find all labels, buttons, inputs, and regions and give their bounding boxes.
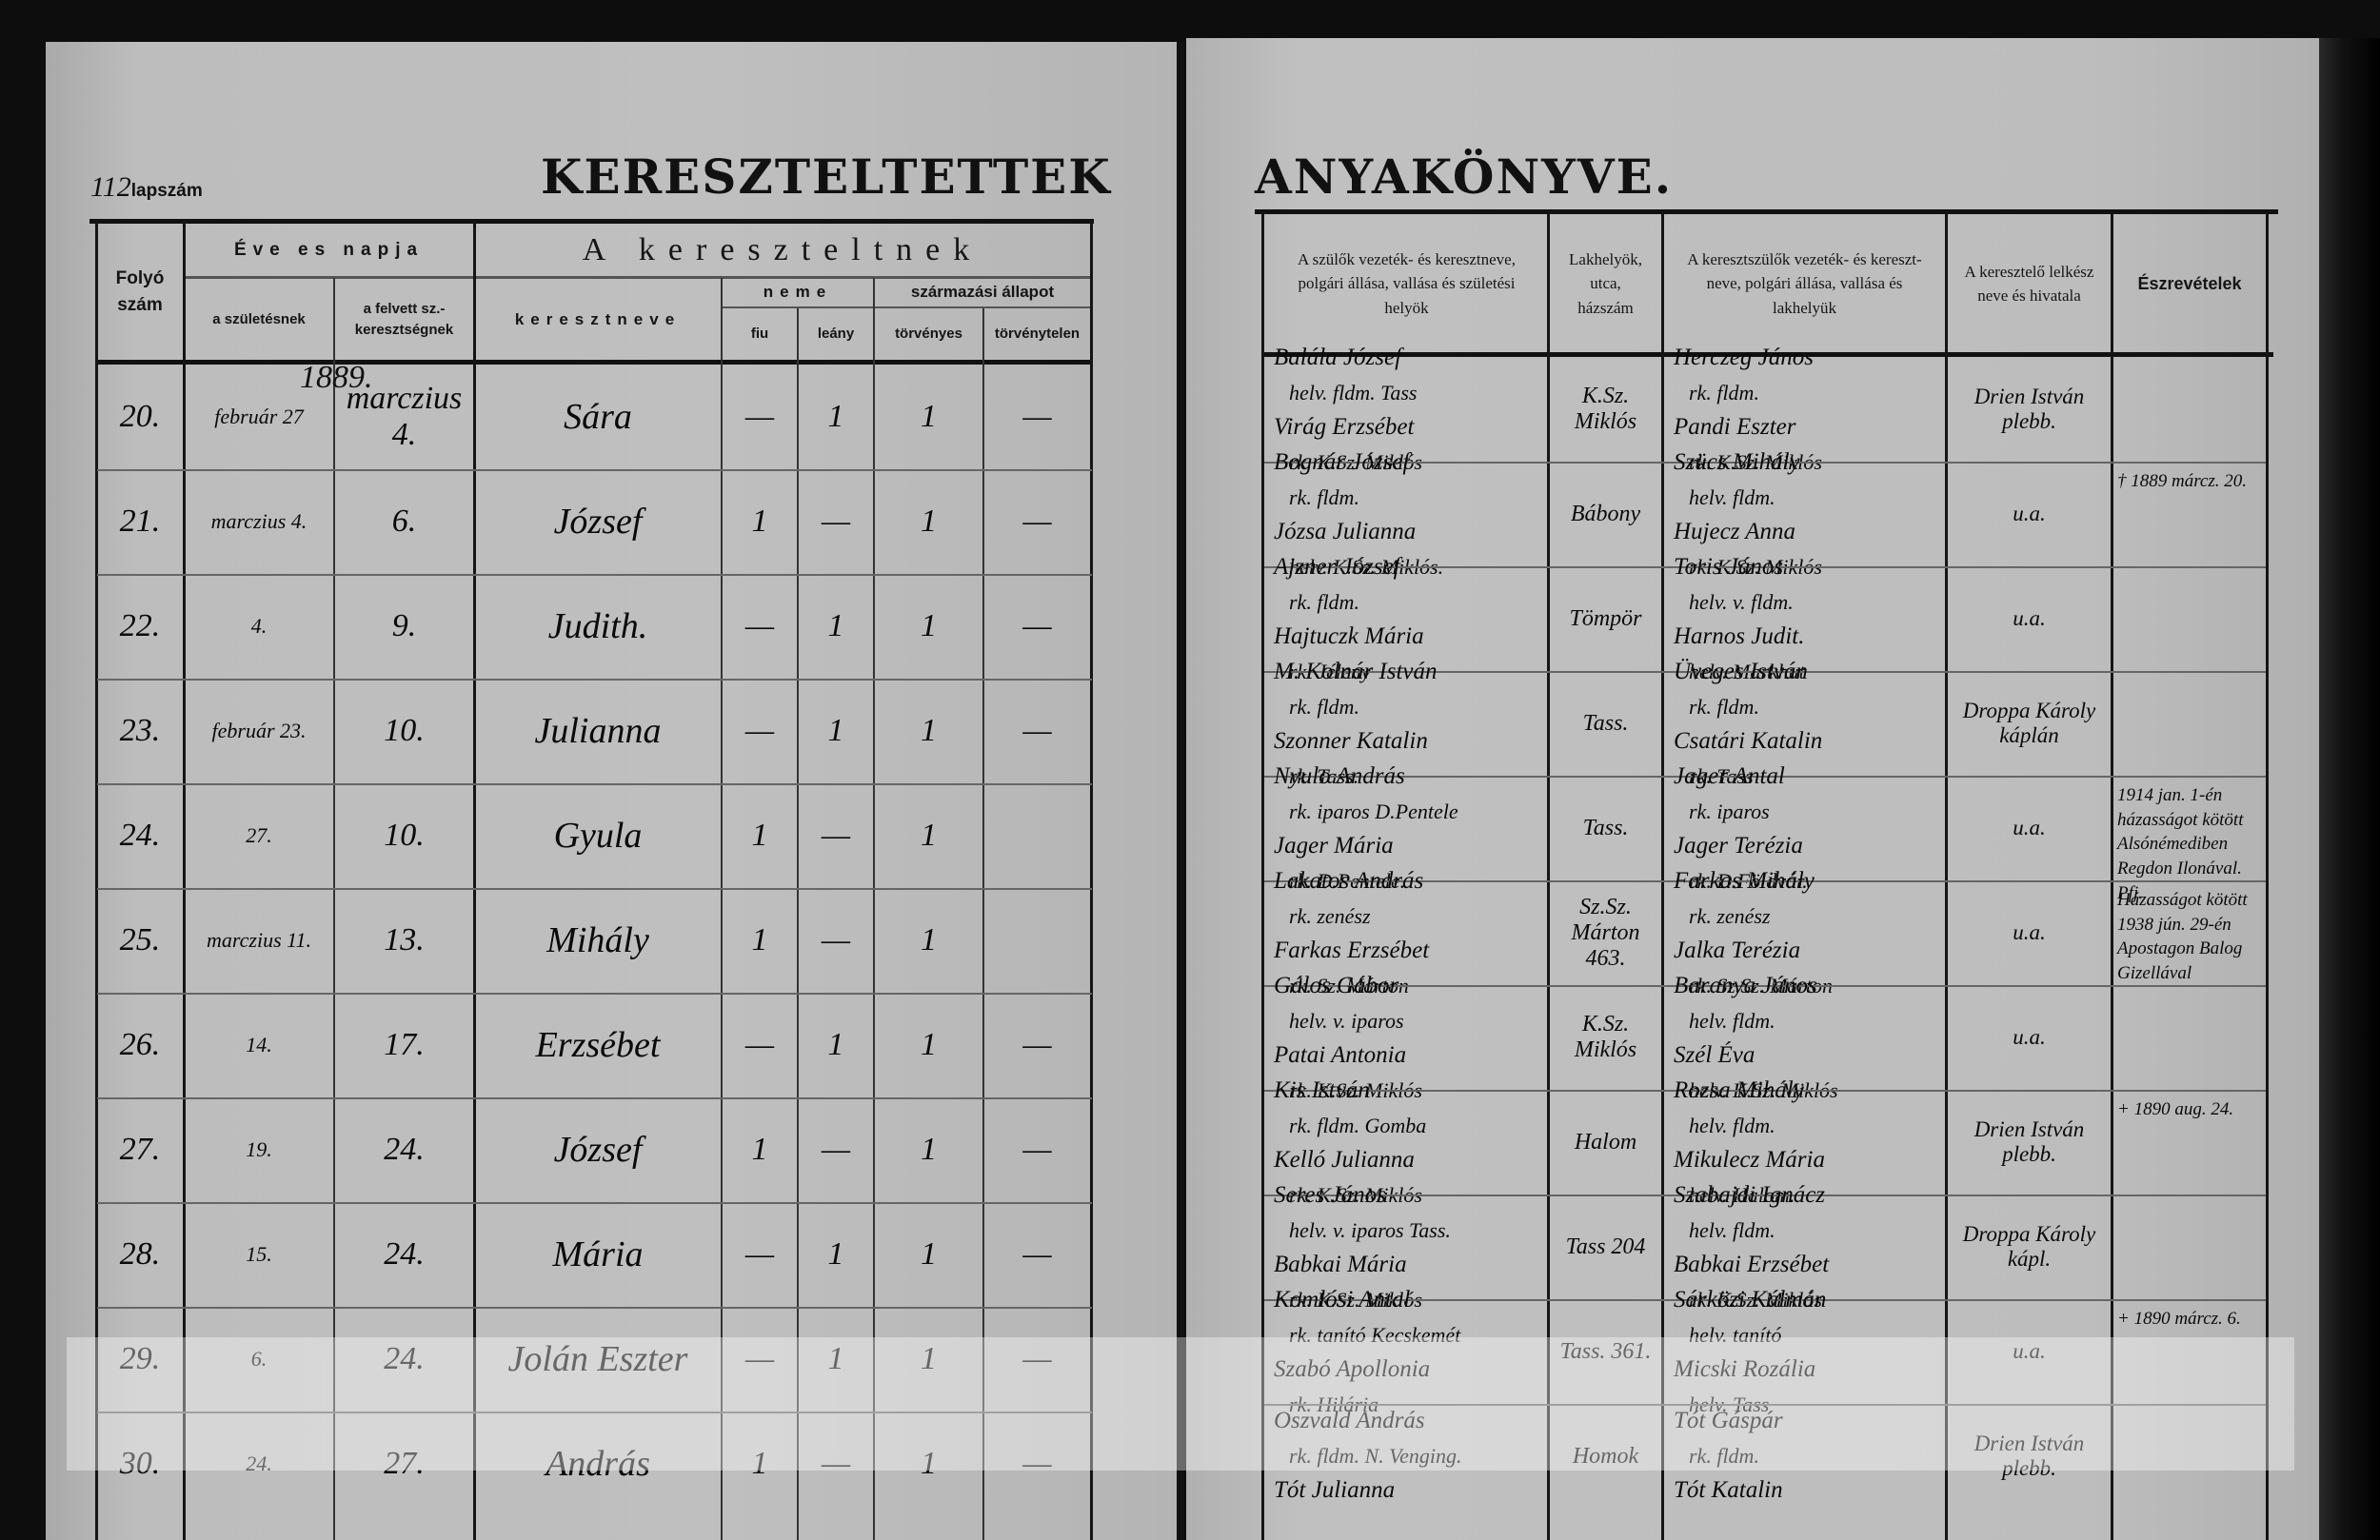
sex-boy: 1	[724, 1101, 796, 1198]
sex-boy: 1	[724, 787, 796, 884]
sex-boy: 1	[724, 1415, 796, 1512]
priest-cell: Droppa Károly kápl.	[1948, 1194, 2111, 1299]
godparents-cell-line: helv. tanító	[1674, 1319, 1781, 1352]
residence-cell: Sz.Sz. Márton 463.	[1550, 880, 1661, 985]
page-number-label: 112lapszám	[90, 171, 203, 204]
godparents-cell: Sárközi Kálmánhelv. tanítóMicski Rozália…	[1664, 1301, 1952, 1402]
birth-date: marczius 11.	[186, 892, 332, 989]
given-name: Mária	[476, 1206, 720, 1303]
book-gutter	[1177, 42, 1184, 1540]
residence-cell: Halom	[1550, 1090, 1661, 1194]
illegitimate: —	[985, 997, 1089, 1094]
header-fiu: fiu	[723, 308, 797, 360]
sex-girl: —	[800, 892, 872, 989]
parents-cell-line: Nyulo András	[1274, 759, 1405, 796]
sex-girl: 1	[800, 1206, 872, 1303]
row-number: 28.	[98, 1206, 182, 1303]
godparents-cell-line: Rozsa Mihály	[1674, 1073, 1804, 1110]
sex-girl: —	[800, 473, 872, 570]
row-number: 29.	[98, 1311, 182, 1408]
parents-cell-line: Oszvald András	[1274, 1403, 1425, 1440]
sex-girl: 1	[800, 997, 872, 1094]
parents-cell-line: Lakatos András	[1274, 863, 1423, 900]
row-number: 30.	[98, 1415, 182, 1512]
residence-cell: Bábony	[1550, 462, 1661, 566]
header-keresztszulok: A keresztszülők vezeték- és kereszt-neve…	[1664, 215, 1945, 352]
birth-date: 14.	[186, 997, 332, 1094]
header-keresztneve: keresztneve	[475, 280, 721, 360]
sex-girl: 1	[800, 578, 872, 675]
row-divider	[97, 679, 1092, 681]
godparents-cell-line: Üveges István	[1674, 654, 1808, 691]
page-number: 112	[90, 171, 131, 203]
row-divider	[97, 1307, 1092, 1309]
godparents-cell-line: helv. fldm.	[1674, 482, 1775, 514]
illegitimate	[985, 892, 1089, 989]
godparents-cell-line: rk. iparos	[1674, 796, 1770, 828]
sex-girl: —	[800, 787, 872, 884]
godparents-cell-line: Jager Antal	[1674, 759, 1785, 796]
row-divider	[97, 1097, 1092, 1099]
parents-cell-line: Tót Julianna	[1274, 1472, 1395, 1510]
sex-girl: 1	[800, 1311, 872, 1408]
remark-cell	[2113, 985, 2275, 1090]
baptism-date: 24.	[336, 1101, 472, 1198]
parents-cell-line: helv. fldm. Tass	[1274, 377, 1417, 409]
godparents-cell-line: rk. fldm.	[1674, 1440, 1759, 1472]
row-number: 20.	[98, 368, 182, 465]
legitimate: 1	[876, 368, 982, 465]
baptism-date: 6.	[336, 473, 472, 570]
residence-cell: Tass.	[1550, 671, 1661, 776]
row-number: 22.	[98, 578, 182, 675]
priest-cell: Drien István plebb.	[1948, 357, 2111, 462]
godparents-cell-line: Szücs Mihály	[1674, 444, 1800, 482]
given-name: Julianna	[476, 682, 720, 780]
given-name: Judith.	[476, 578, 720, 675]
sex-boy: —	[724, 368, 796, 465]
remark-cell	[2113, 566, 2275, 671]
illegitimate: —	[985, 1101, 1089, 1198]
residence-cell: Tass. 361.	[1550, 1299, 1661, 1404]
priest-cell: Droppa Károly káplán	[1948, 671, 2111, 776]
legitimate: 1	[876, 787, 982, 884]
priest-cell: u.a.	[1948, 776, 2111, 880]
given-name: Mihály	[476, 892, 720, 989]
birth-date: marczius 4.	[186, 473, 332, 570]
row-divider	[97, 888, 1092, 890]
remark-cell	[2113, 1404, 2275, 1509]
legitimate: 1	[876, 578, 982, 675]
header-neme: neme	[723, 278, 873, 306]
remark-cell: Házasságot kötött 1938 jún. 29-én Aposta…	[2113, 880, 2275, 985]
sex-boy: —	[724, 578, 796, 675]
sex-boy: 1	[724, 892, 796, 989]
parents-cell-line: Jager Mária	[1274, 828, 1394, 865]
godparents-cell-line: rk. fldm.	[1674, 691, 1759, 723]
parents-cell-line: rk. iparos D.Pentele	[1274, 796, 1458, 828]
remark-cell	[2113, 357, 2275, 462]
parents-cell-line: Komlósi Antal	[1274, 1282, 1410, 1319]
row-divider	[97, 469, 1092, 471]
legitimate: 1	[876, 473, 982, 570]
legitimate: 1	[876, 997, 982, 1094]
residence-cell: K.Sz. Miklós	[1550, 985, 1661, 1090]
parents-cell-line: rk. fldm.	[1274, 482, 1359, 514]
illegitimate: —	[985, 578, 1089, 675]
priest-cell: Drien István plebb.	[1948, 1090, 2111, 1194]
legitimate: 1	[876, 1415, 982, 1512]
godparents-cell-line: Toris János	[1674, 549, 1783, 586]
illegitimate: —	[985, 1206, 1089, 1303]
given-name: Jolán Eszter	[476, 1311, 720, 1408]
parents-cell-line: Balála József	[1274, 340, 1401, 377]
right-title: ANYAKÖNYVE.	[1255, 148, 1673, 205]
baptism-date: 27.	[336, 1415, 472, 1512]
given-name: Erzsébet	[476, 997, 720, 1094]
baptism-date: 24.	[336, 1206, 472, 1303]
godparents-cell-line: Hujecz Anna	[1674, 514, 1795, 551]
legitimate: 1	[876, 1311, 982, 1408]
col-line	[721, 278, 723, 1540]
baptism-date: 24.	[336, 1311, 472, 1408]
baptism-date: 10.	[336, 787, 472, 884]
parents-cell-line: Józsa Julianna	[1274, 514, 1416, 551]
godparents-cell-line: Babkai Erzsébet	[1674, 1247, 1829, 1284]
godparents-cell-line: Jalka Terézia	[1674, 933, 1800, 970]
priest-cell: Drien István plebb.	[1948, 1404, 2111, 1509]
sex-girl: —	[800, 1415, 872, 1512]
given-name: Sára	[476, 368, 720, 465]
remark-cell: 1914 jan. 1-én házasságot kötött Alsóném…	[2113, 776, 2275, 880]
parents-cell-line: helv. v. iparos	[1274, 1005, 1404, 1037]
priest-cell: u.a.	[1948, 985, 2111, 1090]
year-annotation: 1889.	[300, 360, 373, 396]
godparents-cell-line: helv. fldm.	[1674, 1214, 1775, 1247]
legitimate: 1	[876, 682, 982, 780]
header-eszrevetelek: Észrevételek	[2113, 215, 2266, 352]
illegitimate: —	[985, 473, 1089, 570]
row-number: 24.	[98, 787, 182, 884]
godparents-cell-line: rk. zenész	[1674, 900, 1771, 933]
parents-cell-line: rk. fldm.	[1274, 691, 1359, 723]
parents-cell-line: rk. tanító Kecskemét	[1274, 1319, 1460, 1352]
sex-boy: —	[724, 1206, 796, 1303]
left-header-bottom-rule	[95, 360, 1093, 365]
godparents-cell-line: rk. fldm.	[1674, 377, 1759, 409]
header-szulok: A szülők vezeték- és keresztneve, polgár…	[1266, 215, 1547, 352]
row-divider	[97, 1412, 1092, 1413]
baptism-date: 17.	[336, 997, 472, 1094]
parents-cell-line: rk. fldm. N. Venging.	[1274, 1440, 1462, 1472]
page-label: lapszám	[131, 181, 203, 201]
row-number: 23.	[98, 682, 182, 780]
header-lakhely: Lakhelyök, utca, házszám	[1550, 215, 1661, 352]
col-line	[873, 278, 875, 1540]
given-name: András	[476, 1415, 720, 1512]
header-szarmazasi: származási állapot	[875, 278, 1090, 306]
row-number: 21.	[98, 473, 182, 570]
godparents-cell-line: helv. fldm.	[1674, 1005, 1775, 1037]
illegitimate: —	[985, 368, 1089, 465]
illegitimate: —	[985, 682, 1089, 780]
header-a-kereszteltnek: A kereszteltnek	[475, 223, 1090, 276]
sex-girl: —	[800, 1101, 872, 1198]
residence-cell: Homok	[1550, 1404, 1661, 1509]
remark-cell: + 1890 aug. 24.	[2113, 1090, 2275, 1194]
parents-cell-line: Hajtuczk Mária	[1274, 619, 1424, 656]
godparents-cell-line: Pandi Eszter	[1674, 409, 1795, 446]
residence-cell: Tömpör	[1550, 566, 1661, 671]
sex-boy: —	[724, 682, 796, 780]
header-szuletesnek: a születésnek	[185, 280, 333, 360]
illegitimate: —	[985, 1415, 1089, 1512]
residence-cell: Tass 204	[1550, 1194, 1661, 1299]
parents-cell-line: Kelló Julianna	[1274, 1142, 1415, 1179]
parents-cell-line: rk. zenész	[1274, 900, 1371, 933]
priest-cell: u.a.	[1948, 880, 2111, 985]
header-leany: leány	[799, 308, 873, 360]
birth-date: 24.	[186, 1415, 332, 1512]
illegitimate: —	[985, 1311, 1089, 1408]
row-divider	[97, 993, 1092, 995]
col-line	[1090, 221, 1093, 1540]
parents-cell-line: Ajzner József	[1274, 549, 1400, 586]
col-line	[982, 308, 984, 1540]
parents-cell-line: rk. fldm.	[1274, 586, 1359, 619]
parents-cell-line: Szabó Apollonia	[1274, 1352, 1430, 1389]
parents-cell-line: Bognár József	[1274, 444, 1409, 482]
godparents-cell-line: Tót Katalin	[1674, 1472, 1783, 1510]
given-name: Gyula	[476, 787, 720, 884]
sex-girl: 1	[800, 368, 872, 465]
godparents-cell-line: Sárközi Kálmán	[1674, 1282, 1826, 1319]
godparents-cell-line: Szabajdi Ignácz	[1674, 1177, 1825, 1214]
header-lelkesz: A keresztelő lelkész neve és hivatala	[1948, 215, 2111, 352]
left-title: KERESZTELTETTEK	[541, 148, 1112, 205]
parents-cell-line: Virág Erzsébet	[1274, 409, 1414, 446]
baptism-date: 9.	[336, 578, 472, 675]
parents-cell-line: Babkai Mária	[1274, 1247, 1407, 1284]
godparents-cell: Tót Gáspárrk. fldm.Tót Katalin	[1664, 1406, 1952, 1507]
birth-date: 27.	[186, 787, 332, 884]
birth-date: 19.	[186, 1101, 332, 1198]
header-folyo-szam: Folyó szám	[97, 225, 183, 360]
godparents-cell-line: Farkas Mihály	[1674, 863, 1815, 900]
row-number: 25.	[98, 892, 182, 989]
parents-cell-line: Patai Antonia	[1274, 1037, 1406, 1075]
remark-cell	[2113, 1194, 2275, 1299]
godparents-cell-line: Mikulecz Mária	[1674, 1142, 1825, 1179]
godparents-cell-line: Tót Gáspár	[1674, 1403, 1783, 1440]
birth-date: 15.	[186, 1206, 332, 1303]
baptism-date: 10.	[336, 682, 472, 780]
godparents-cell-line: Szél Éva	[1674, 1037, 1755, 1075]
priest-cell: u.a.	[1948, 1299, 2111, 1404]
parents-cell-line: Szonner Katalin	[1274, 723, 1428, 760]
header-torvenytelen: törvénytelen	[984, 308, 1090, 360]
godparents-cell-line: Harnos Judit.	[1674, 619, 1805, 656]
right-table-top-rule	[1255, 209, 2278, 214]
row-divider	[97, 783, 1092, 785]
given-name: József	[476, 1101, 720, 1198]
parents-cell: Komlósi Antalrk. tanító KecskemétSzabó A…	[1264, 1301, 1554, 1402]
sex-girl: 1	[800, 682, 872, 780]
remark-cell	[2113, 671, 2275, 776]
birth-date: 6.	[186, 1311, 332, 1408]
parents-cell-line: helv. v. iparos Tass.	[1274, 1214, 1451, 1247]
book-edge	[2319, 38, 2380, 1540]
birth-date: február 23.	[186, 682, 332, 780]
row-divider	[97, 574, 1092, 576]
parents-cell-line: rk. fldm. Gomba	[1274, 1110, 1426, 1142]
residence-cell: Tass.	[1550, 776, 1661, 880]
baptism-date: 13.	[336, 892, 472, 989]
priest-cell: u.a.	[1948, 462, 2111, 566]
parents-cell-line: Seres János	[1274, 1177, 1386, 1214]
residence-cell: K.Sz. Miklós	[1550, 357, 1661, 462]
parents-cell-line: M. Kolnár István	[1274, 654, 1438, 691]
header-eve-es-napja: Éve es napja	[185, 225, 473, 276]
legitimate: 1	[876, 1101, 982, 1198]
sex-boy: —	[724, 1311, 796, 1408]
row-divider	[97, 1202, 1092, 1204]
row-number: 26.	[98, 997, 182, 1094]
godparents-cell-line: Herczeg János	[1674, 340, 1814, 377]
parents-cell-line: Kis István	[1274, 1073, 1370, 1110]
godparents-cell-line: helv. v. fldm.	[1674, 586, 1794, 619]
illegitimate	[985, 787, 1089, 884]
godparents-cell-line: Micski Rozália	[1674, 1352, 1815, 1389]
priest-cell: u.a.	[1948, 566, 2111, 671]
parents-cell-line: Farkas Erzsébet	[1274, 933, 1429, 970]
legitimate: 1	[876, 1206, 982, 1303]
given-name: József	[476, 473, 720, 570]
godparents-cell-line: Csatári Katalin	[1674, 723, 1822, 760]
godparents-cell-line: Jager Terézia	[1674, 828, 1803, 865]
birth-date: 4.	[186, 578, 332, 675]
godparents-cell-line: helv. fldm.	[1674, 1110, 1775, 1142]
header-torvenyes: törvényes	[875, 308, 982, 360]
row-number: 27.	[98, 1101, 182, 1198]
header-felvett: a felvett sz.-keresztségnek	[335, 280, 473, 360]
sex-boy: 1	[724, 473, 796, 570]
godparents-cell-line: Baranya János	[1674, 968, 1817, 1005]
remark-cell: † 1889 márcz. 20.	[2113, 462, 2275, 566]
sex-boy: —	[724, 997, 796, 1094]
parents-cell: Oszvald Andrásrk. fldm. N. Venging.Tót J…	[1264, 1406, 1554, 1507]
col-line	[797, 308, 799, 1540]
legitimate: 1	[876, 892, 982, 989]
remark-cell: + 1890 márcz. 6.	[2113, 1299, 2275, 1404]
col-line	[333, 278, 335, 1540]
parents-cell-line: Gálos Gábor	[1274, 968, 1398, 1005]
